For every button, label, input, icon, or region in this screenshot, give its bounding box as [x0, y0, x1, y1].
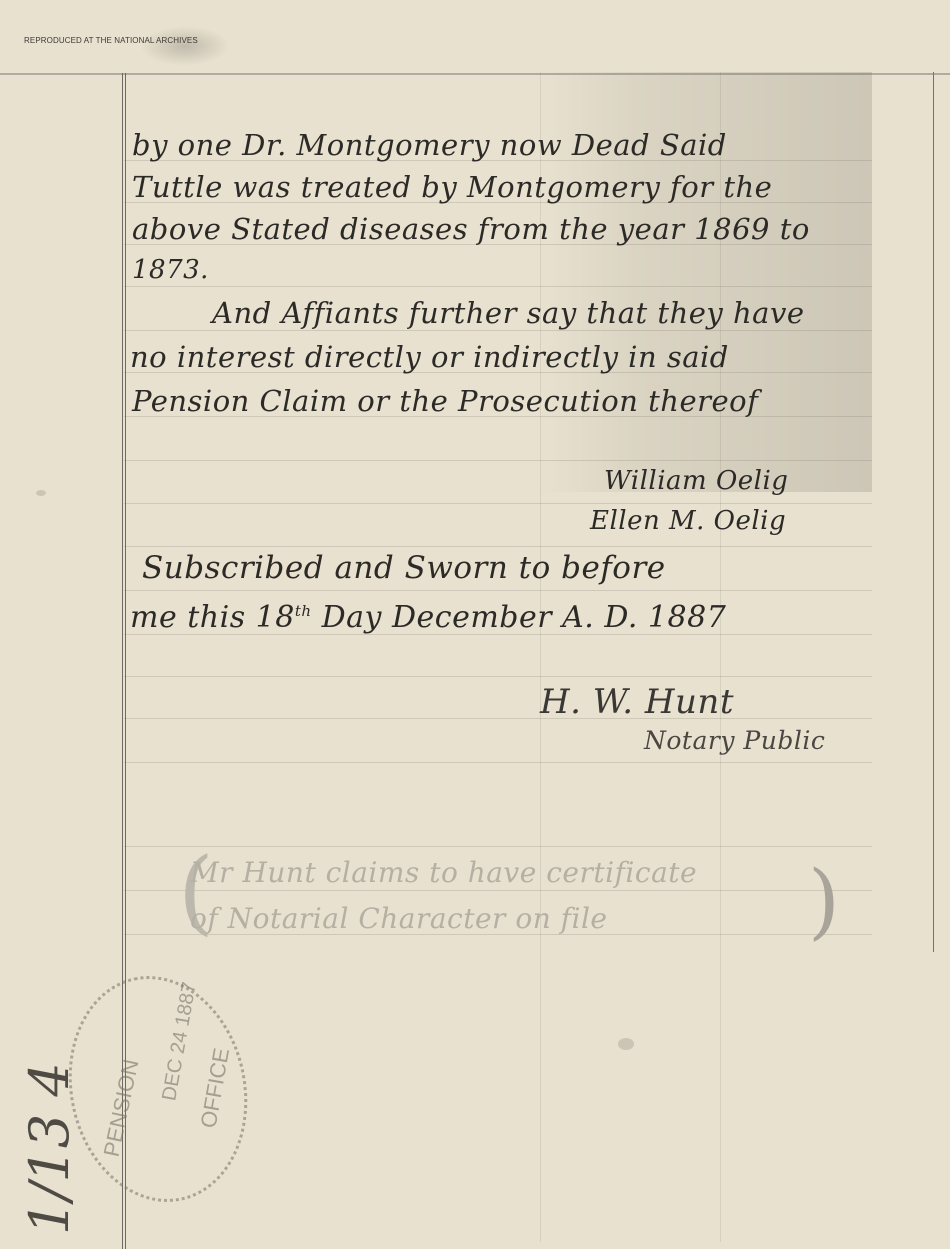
pencil-note-line-2: of Notarial Character on file — [190, 902, 607, 935]
scan-smudge — [36, 490, 46, 496]
ruled-line — [124, 330, 872, 331]
body-line-6: no interest directly or indirectly in sa… — [130, 340, 729, 374]
body-line-5: And Affiants further say that they have — [212, 296, 805, 330]
jurat-superscript: th — [295, 602, 312, 620]
affiant-signature-1: William Oelig — [604, 466, 788, 496]
body-line-2: Tuttle was treated by Montgomery for the — [132, 170, 772, 204]
body-line-7: Pension Claim or the Prosecution thereof — [132, 384, 758, 418]
jurat-prefix: me this 18 — [130, 600, 295, 635]
right-rule-line — [933, 72, 934, 952]
scan-smudge — [140, 26, 230, 66]
archive-header-label: REPRODUCED AT THE NATIONAL ARCHIVES — [24, 36, 198, 45]
body-line-4: 1873. — [132, 255, 209, 285]
jurat-line-2: me this 18th Day December A. D. 1887 — [130, 600, 726, 635]
margin-note: 1/13 4 — [18, 1062, 81, 1235]
notary-signature: H. W. Hunt — [540, 682, 734, 722]
document-page: REPRODUCED AT THE NATIONAL ARCHIVES by o… — [0, 0, 950, 1249]
ruled-line — [124, 676, 872, 677]
ruled-line — [124, 460, 872, 461]
ruled-line — [124, 890, 872, 891]
ruled-line — [124, 546, 872, 547]
body-line-3: above Stated diseases from the year 1869… — [132, 212, 810, 246]
pencil-note-line-1: Mr Hunt claims to have certificate — [190, 856, 697, 889]
ruled-line — [124, 286, 872, 287]
affiant-signature-2: Ellen M. Oelig — [590, 506, 786, 536]
pension-office-stamp — [48, 959, 268, 1219]
grid-line — [720, 72, 721, 1242]
jurat-line-1: Subscribed and Sworn to before — [142, 550, 666, 586]
ruled-line — [124, 503, 872, 504]
ruled-line — [124, 718, 872, 719]
ruled-line — [124, 846, 872, 847]
grid-line — [540, 72, 541, 1242]
notary-title: Notary Public — [644, 726, 825, 755]
body-line-1: by one Dr. Montgomery now Dead Said — [132, 128, 727, 162]
pencil-bracket-right: ) — [808, 854, 840, 949]
jurat-suffix: Day December A. D. 1887 — [312, 600, 727, 635]
scan-smudge — [618, 1038, 634, 1050]
ruled-line — [124, 590, 872, 591]
ruled-line — [124, 762, 872, 763]
